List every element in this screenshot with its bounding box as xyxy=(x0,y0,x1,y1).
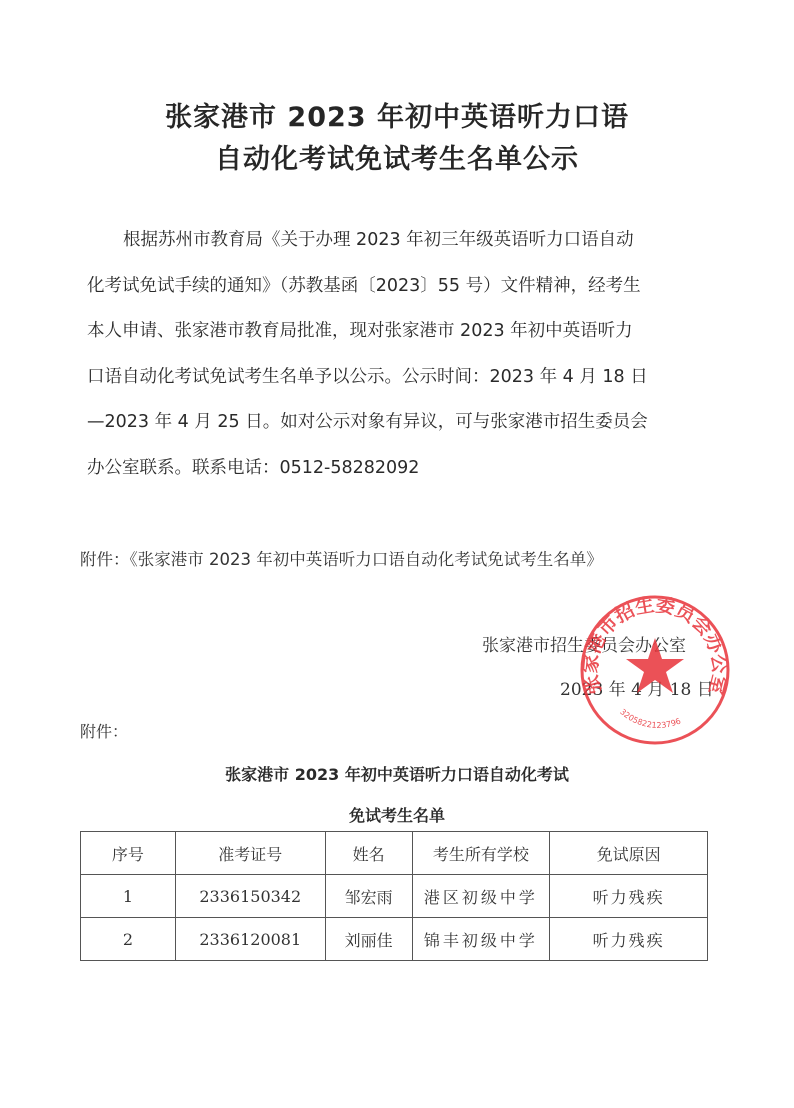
cell-school: 锦丰初级中学 xyxy=(412,918,550,961)
header-school: 考生所有学校 xyxy=(412,832,550,875)
cell-serial: 1 xyxy=(81,875,176,918)
header-exam-id: 准考证号 xyxy=(175,832,325,875)
header-name: 姓名 xyxy=(325,832,412,875)
cell-reason: 听力残疾 xyxy=(550,918,708,961)
list-title-line1: 张家港市 2023 年初中英语听力口语自动化考试 xyxy=(0,762,794,785)
document-title-line2: 自动化考试免试考生名单公示 xyxy=(0,137,794,176)
header-reason: 免试原因 xyxy=(550,832,708,875)
table-row: 2 2336120081 刘丽佳 锦丰初级中学 听力残疾 xyxy=(81,918,708,961)
attachment-label: 附件： xyxy=(80,719,128,742)
svg-text:3205822123796: 3205822123796 xyxy=(618,707,682,730)
official-seal-icon: 张家港市招生委员会办公室 3205822123796 xyxy=(578,593,732,747)
cell-exam-id: 2336120081 xyxy=(175,918,325,961)
header-serial: 序号 xyxy=(81,832,176,875)
cell-serial: 2 xyxy=(81,918,176,961)
attachment-reference: 附件：《张家港市 2023 年初中英语听力口语自动化考试免试考生名单》 xyxy=(80,546,603,570)
body-line: 化考试免试手续的通知》（苏教基函〔2023〕55 号）文件精神，经考生 xyxy=(87,264,712,310)
body-line: 办公室联系。联系电话：0512-58282092 xyxy=(87,446,712,492)
body-line: —2023 年 4 月 25 日。如对公示对象有异议，可与张家港市招生委员会 xyxy=(87,400,712,446)
list-title-line2: 免试考生名单 xyxy=(0,803,794,826)
cell-name: 邹宏雨 xyxy=(325,875,412,918)
signature-organization: 张家港市招生委员会办公室 xyxy=(482,631,686,656)
signature-date: 2023 年 4 月 18 日 xyxy=(560,675,714,700)
cell-exam-id: 2336150342 xyxy=(175,875,325,918)
cell-school: 港区初级中学 xyxy=(412,875,550,918)
body-line: 根据苏州市教育局《关于办理 2023 年初三年级英语听力口语自动 xyxy=(87,218,712,264)
exempt-students-table: 序号 准考证号 姓名 考生所有学校 免试原因 1 2336150342 邹宏雨 … xyxy=(80,831,708,961)
announcement-body: 根据苏州市教育局《关于办理 2023 年初三年级英语听力口语自动 化考试免试手续… xyxy=(87,218,712,491)
cell-reason: 听力残疾 xyxy=(550,875,708,918)
table-row: 1 2336150342 邹宏雨 港区初级中学 听力残疾 xyxy=(81,875,708,918)
body-line: 本人申请、张家港市教育局批准，现对张家港市 2023 年初中英语听力 xyxy=(87,309,712,355)
table-header-row: 序号 准考证号 姓名 考生所有学校 免试原因 xyxy=(81,832,708,875)
document-title-line1: 张家港市 2023 年初中英语听力口语 xyxy=(0,95,794,134)
cell-name: 刘丽佳 xyxy=(325,918,412,961)
body-line: 口语自动化考试免试考生名单予以公示。公示时间：2023 年 4 月 18 日 xyxy=(87,355,712,401)
document-page: 张家港市 2023 年初中英语听力口语 自动化考试免试考生名单公示 根据苏州市教… xyxy=(0,0,794,1108)
